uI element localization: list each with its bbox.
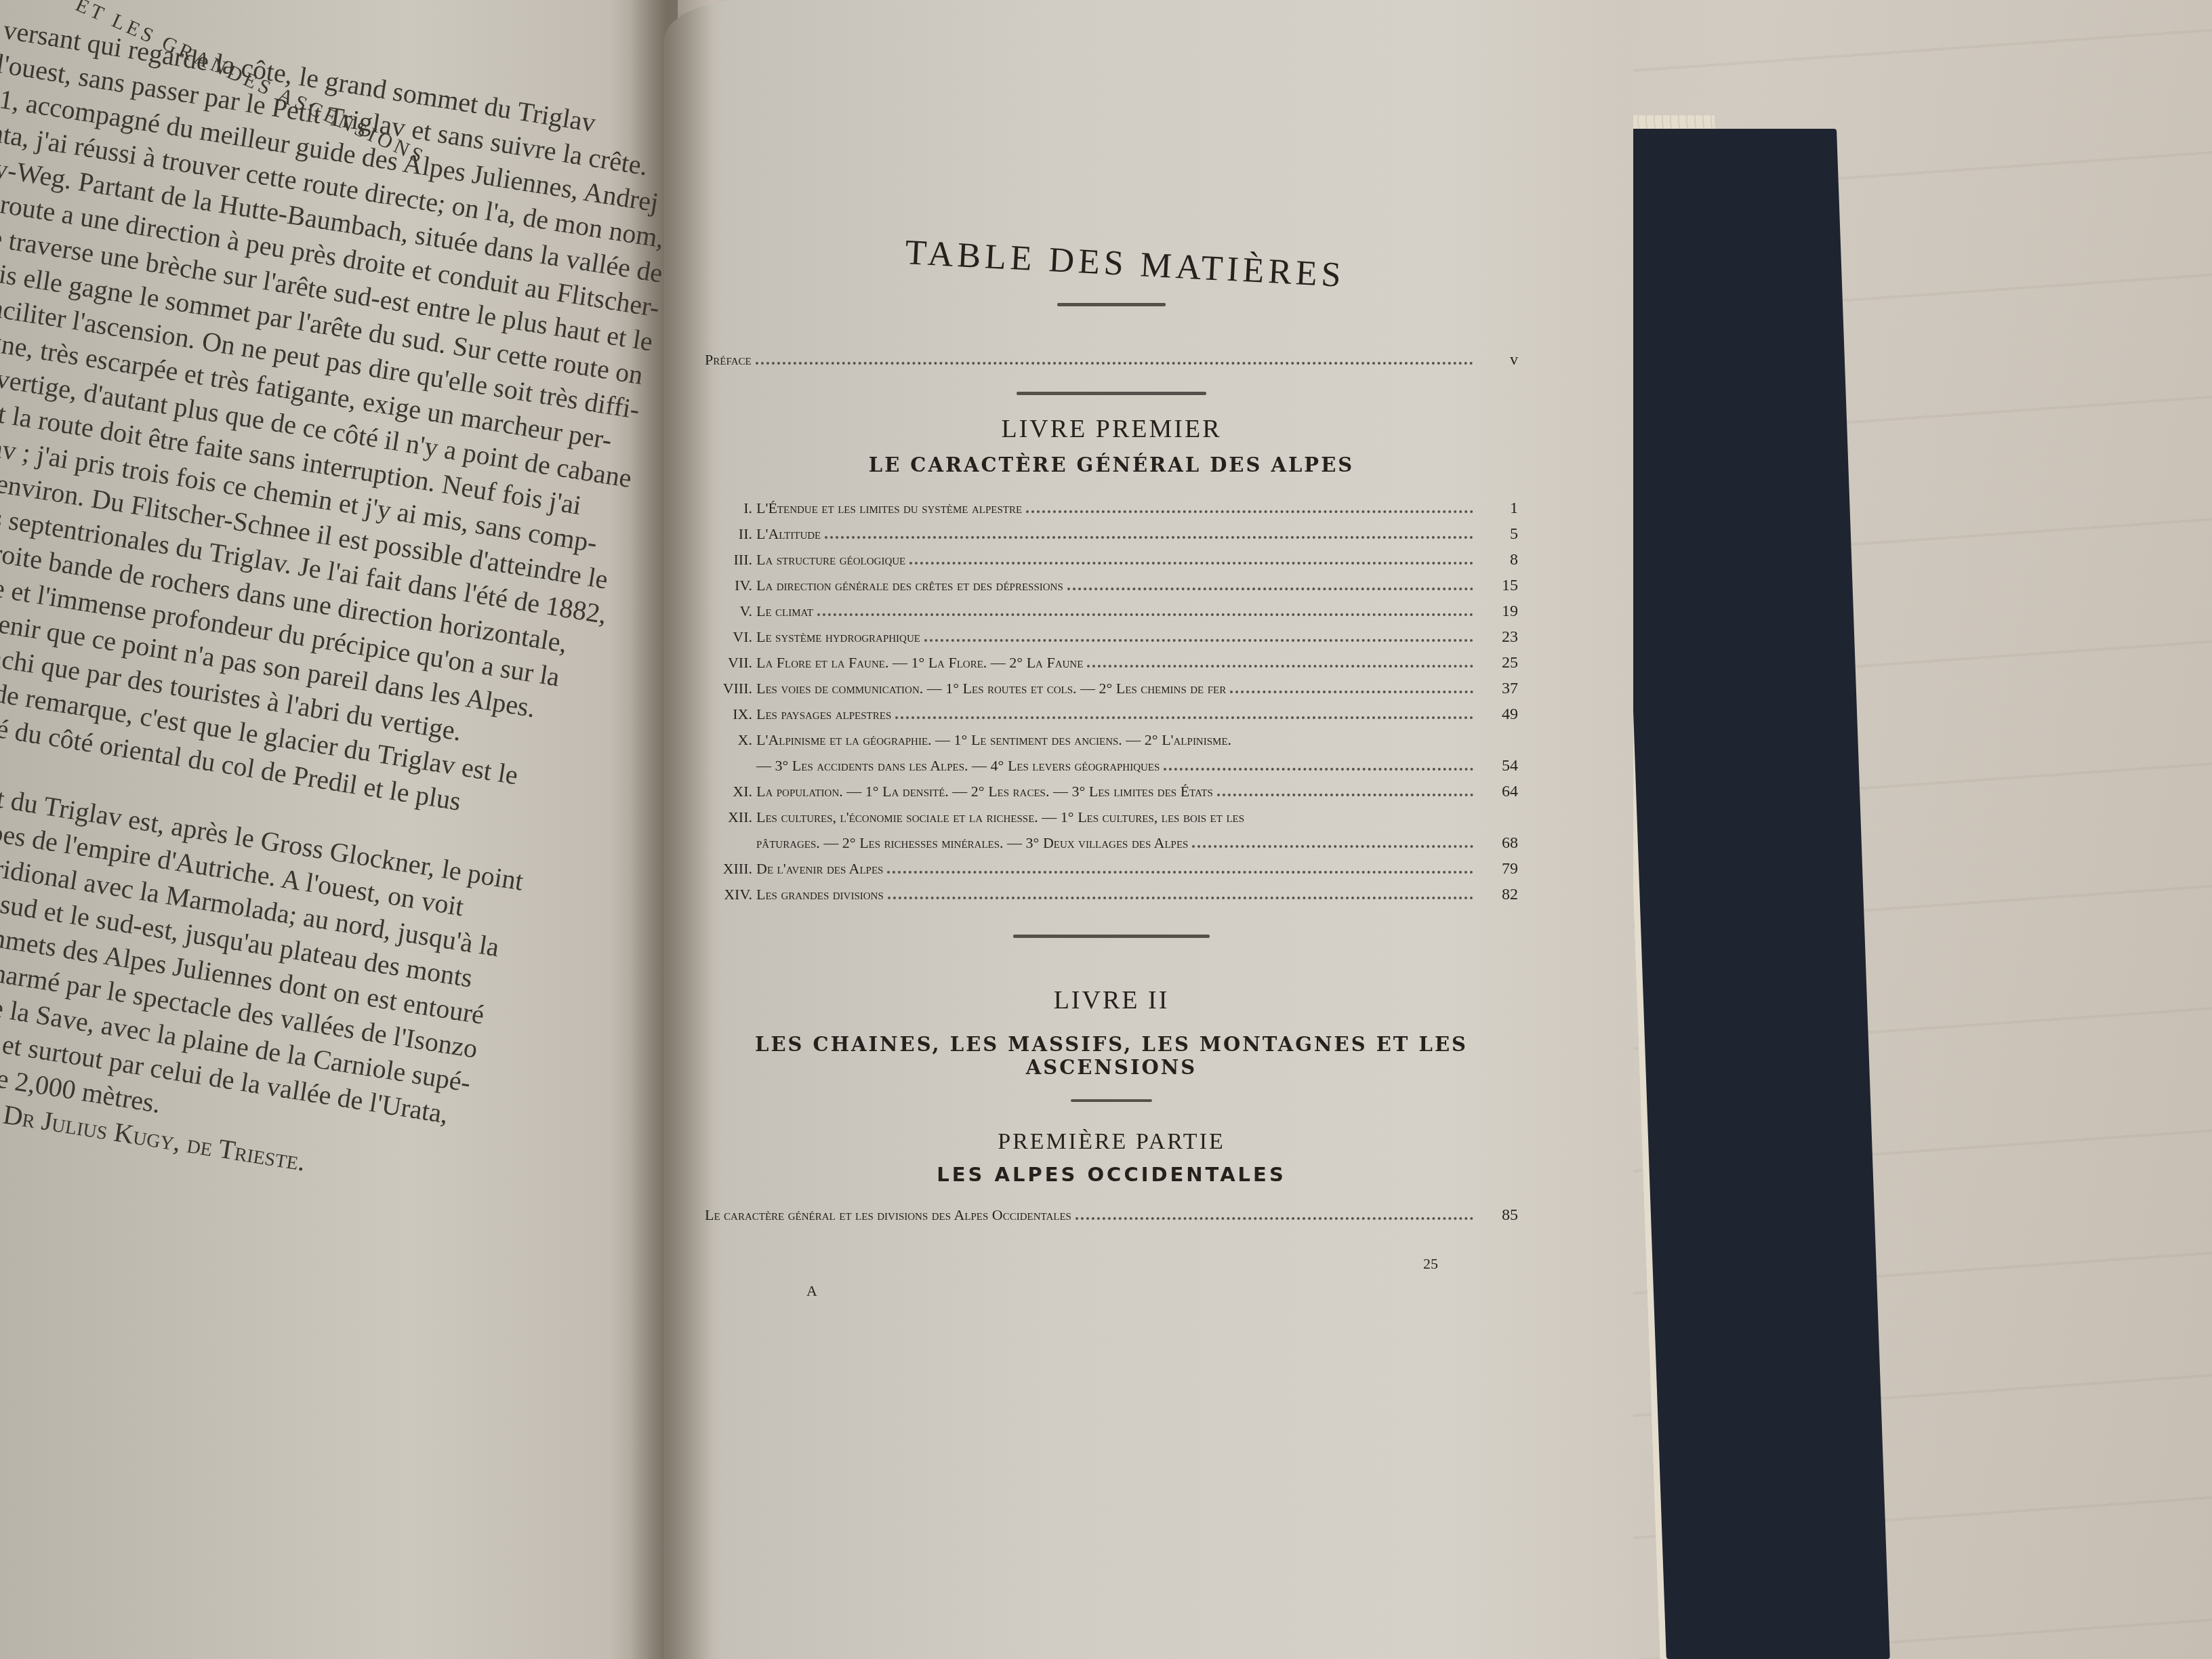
toc-entry: IX.Les paysages alpestres49 bbox=[705, 701, 1518, 727]
toc-entry-continuation: pâturages. — 2° Les richesses minérales.… bbox=[705, 830, 1518, 856]
divider bbox=[1057, 303, 1166, 306]
leader-dots bbox=[888, 897, 1473, 899]
chapter-number: XIV. bbox=[705, 882, 756, 907]
toc-entry-page: 5 bbox=[1477, 521, 1518, 547]
book-one-subheading: LE CARACTÈRE GÉNÉRAL DES ALPES bbox=[705, 453, 1518, 476]
leader-dots bbox=[756, 362, 1473, 365]
toc-entry: VII.La Flore et la Faune. — 1° La Flore.… bbox=[705, 650, 1518, 676]
toc-entry: XIV.Les grandes divisions82 bbox=[705, 882, 1518, 907]
divider bbox=[1013, 935, 1210, 938]
book-two-subheading: LES CHAINES, LES MASSIFS, LES MONTAGNES … bbox=[705, 1033, 1518, 1079]
chapter-number: XII. bbox=[705, 804, 756, 830]
book-gutter bbox=[630, 0, 712, 1659]
toc-entry-continuation: — 3° Les accidents dans les Alpes. — 4° … bbox=[705, 753, 1518, 779]
leader-dots bbox=[1087, 665, 1473, 668]
book-one-heading: LIVRE PREMIER bbox=[705, 414, 1518, 444]
toc-entry: XI.La population. — 1° La densité. — 2° … bbox=[705, 779, 1518, 804]
leader-dots bbox=[1230, 691, 1473, 693]
toc-entry: IV.La direction générale des crêtes et d… bbox=[705, 573, 1518, 598]
toc-entry: I.L'Étendue et les limites du système al… bbox=[705, 495, 1518, 521]
toc-entry-label: Les cultures, l'économie sociale et la r… bbox=[756, 804, 1244, 830]
toc-entry: V.Le climat19 bbox=[705, 598, 1518, 624]
toc-entry-label: — 3° Les accidents dans les Alpes. — 4° … bbox=[756, 753, 1160, 779]
toc-entry-label: La direction générale des crêtes et des … bbox=[756, 573, 1063, 598]
toc-entry-page: 64 bbox=[1477, 779, 1518, 804]
toc-entry-page: 1 bbox=[1477, 495, 1518, 521]
leader-dots bbox=[887, 871, 1473, 874]
toc-entry: XII.Les cultures, l'économie sociale et … bbox=[705, 804, 1518, 830]
toc-entry-label: Les paysages alpestres bbox=[756, 701, 891, 727]
chapter-number: IX. bbox=[705, 701, 756, 727]
leader-dots bbox=[1076, 1217, 1473, 1220]
chapter-number: X. bbox=[705, 727, 756, 753]
toc-entry-label: Le système hydrographique bbox=[756, 624, 920, 650]
divider bbox=[1071, 1099, 1152, 1102]
part-heading: PREMIÈRE PARTIE bbox=[705, 1129, 1518, 1155]
chapter-number: I. bbox=[705, 495, 756, 521]
divider bbox=[1017, 392, 1206, 395]
toc-entry-label: Le caractère général et les divisions de… bbox=[705, 1202, 1071, 1228]
toc-entry-label: La Flore et la Faune. — 1° La Flore. — 2… bbox=[756, 650, 1083, 676]
chapter-number: XI. bbox=[705, 779, 756, 804]
leader-dots bbox=[1026, 510, 1473, 513]
toc-entry-label: Les voies de communication. — 1° Les rou… bbox=[756, 676, 1226, 701]
toc-entry-label: L'Alpinisme et la géographie. — 1° Le se… bbox=[756, 727, 1231, 753]
book-one-entries: I.L'Étendue et les limites du système al… bbox=[705, 495, 1518, 907]
leader-dots bbox=[1217, 794, 1473, 796]
toc-entry-page: 79 bbox=[1477, 856, 1518, 882]
toc-entry: Le caractère général et les divisions de… bbox=[705, 1202, 1518, 1228]
part-subheading: LES ALPES OCCIDENTALES bbox=[705, 1163, 1518, 1186]
leader-dots bbox=[909, 562, 1473, 565]
toc-entry-label: Les grandes divisions bbox=[756, 882, 884, 907]
toc-entry-page: 25 bbox=[1477, 650, 1518, 676]
toc-entry: VIII.Les voies de communication. — 1° Le… bbox=[705, 676, 1518, 701]
page-footer: 25 A bbox=[705, 1255, 1518, 1309]
toc-entry-page: 82 bbox=[1477, 882, 1518, 907]
chapter-number: XIII. bbox=[705, 856, 756, 882]
toc-entry-label: La population. — 1° La densité. — 2° Les… bbox=[756, 779, 1213, 804]
toc-entry-page: 85 bbox=[1477, 1202, 1518, 1228]
toc-entry-page: 19 bbox=[1477, 598, 1518, 624]
toc-entry: X.L'Alpinisme et la géographie. — 1° Le … bbox=[705, 727, 1518, 753]
toc-entry-label: La structure géologique bbox=[756, 547, 905, 573]
toc-entry-page: 54 bbox=[1477, 753, 1518, 779]
toc-entry-label: pâturages. — 2° Les richesses minérales.… bbox=[756, 830, 1188, 856]
leader-dots bbox=[1192, 845, 1473, 848]
toc-entry-page: 15 bbox=[1477, 573, 1518, 598]
leader-dots bbox=[895, 716, 1473, 719]
signature-mark: A bbox=[806, 1282, 817, 1300]
toc-entry-label: Le climat bbox=[756, 598, 813, 624]
toc-entry: II.L'Altitude5 bbox=[705, 521, 1518, 547]
chapter-number: VII. bbox=[705, 650, 756, 676]
page-number: 25 bbox=[1423, 1255, 1438, 1273]
toc-entry-label: L'Altitude bbox=[756, 521, 821, 547]
left-page-body: du versant qui regarde la côte, le grand… bbox=[0, 7, 602, 1367]
chapter-number: III. bbox=[705, 547, 756, 573]
toc-entry-page: 8 bbox=[1477, 547, 1518, 573]
toc-entry-label: Préface bbox=[705, 347, 752, 373]
toc-entry: III.La structure géologique8 bbox=[705, 547, 1518, 573]
left-page: ET LES GRANDES ASCENSIONS du versant qui… bbox=[0, 0, 678, 1659]
toc-entry-preface: Préface v bbox=[705, 347, 1518, 373]
toc-entry: VI.Le système hydrographique23 bbox=[705, 624, 1518, 650]
chapter-number: V. bbox=[705, 598, 756, 624]
chapter-number: II. bbox=[705, 521, 756, 547]
leader-dots bbox=[1067, 588, 1473, 590]
end-mark: FIN bbox=[0, 1250, 408, 1366]
toc-entry-page: 68 bbox=[1477, 830, 1518, 856]
toc-entry-page: v bbox=[1477, 347, 1518, 373]
toc-entry-page: 23 bbox=[1477, 624, 1518, 650]
leader-dots bbox=[825, 536, 1473, 539]
toc-entry-label: L'Étendue et les limites du système alpe… bbox=[756, 495, 1022, 521]
toc-entry-page: 37 bbox=[1477, 676, 1518, 701]
table-of-contents: TABLE DES MATIÈRES Préface v LIVRE PREMI… bbox=[705, 244, 1518, 1309]
chapter-number: IV. bbox=[705, 573, 756, 598]
toc-entry: XIII.De l'avenir des Alpes79 bbox=[705, 856, 1518, 882]
leader-dots bbox=[924, 639, 1473, 642]
book-two-heading: LIVRE II bbox=[705, 985, 1518, 1015]
chapter-number: VI. bbox=[705, 624, 756, 650]
toc-entry-page: 49 bbox=[1477, 701, 1518, 727]
chapter-number: VIII. bbox=[705, 676, 756, 701]
leader-dots bbox=[1164, 768, 1473, 771]
leader-dots bbox=[817, 613, 1473, 616]
toc-entry-label: De l'avenir des Alpes bbox=[756, 856, 883, 882]
